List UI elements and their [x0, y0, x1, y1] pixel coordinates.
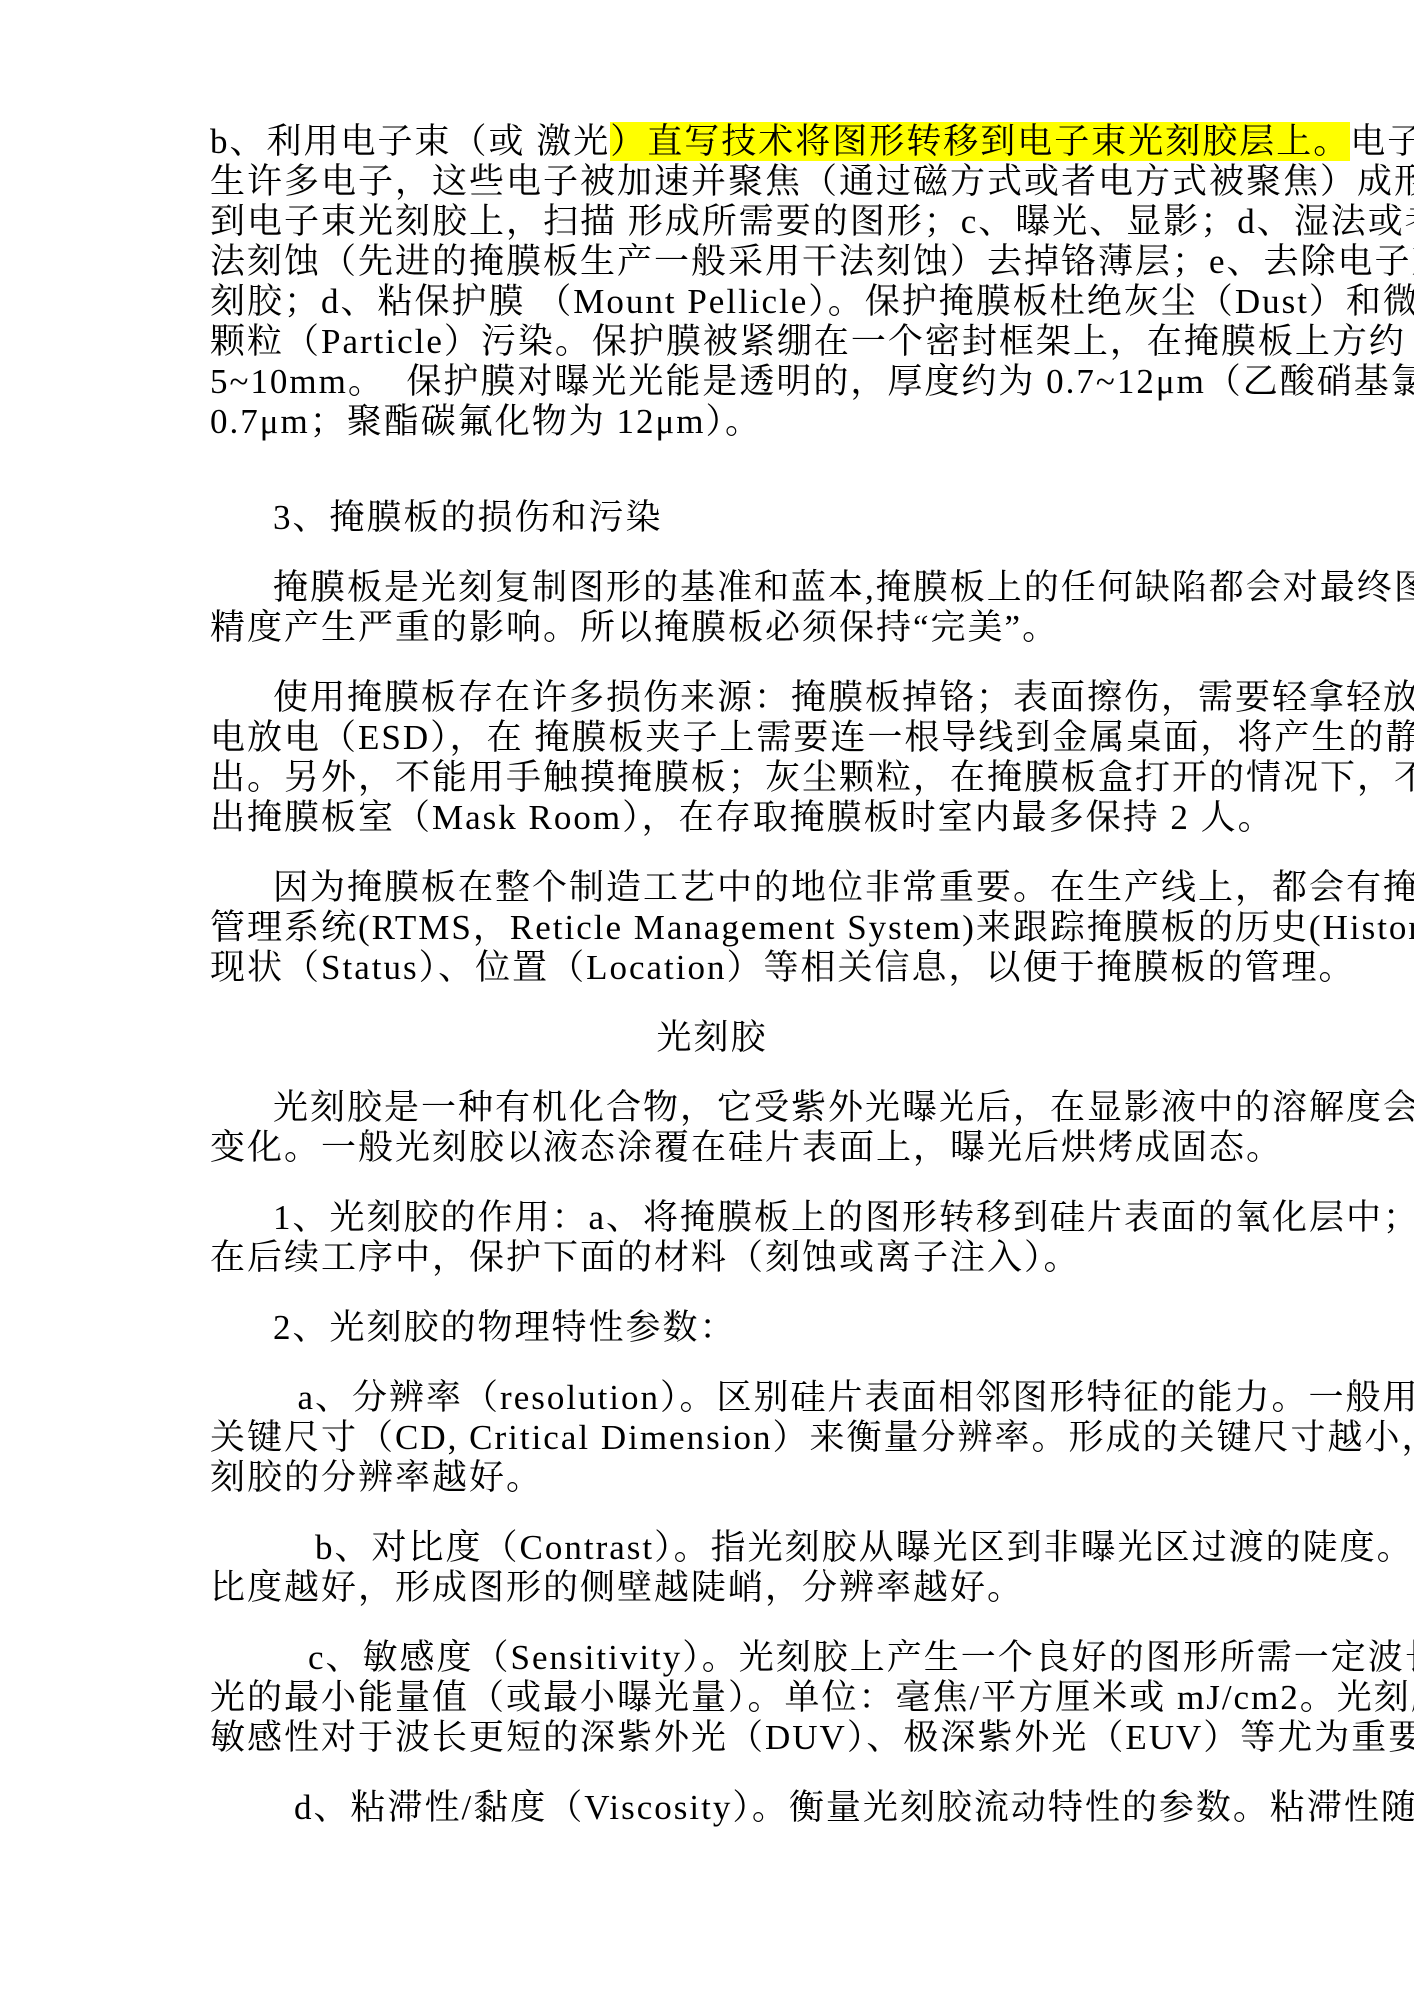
para-mask-is-blueprint: 掩膜板是光刻复制图形的基准和蓝本,掩膜板上的任何缺陷都会对最终图形精度产生严重的…: [210, 568, 1214, 648]
text-run: 2、光刻胶的物理特性参数：: [273, 1308, 737, 1347]
text-run: 关键尺寸（CD, Critical Dimension）来衡量分辨率。形成的关键…: [210, 1418, 1414, 1457]
text-run: 刻胶；d、粘保护膜 （Mount Pellicle）。保护掩膜板杜绝灰尘（Dus…: [210, 282, 1414, 321]
text-line: 到电子束光刻胶上，扫描 形成所需要的图形；c、曝光、显影；d、湿法或者干: [210, 202, 1214, 242]
para-electron-beam-direct-write: b、利用电子束（或 激光）直写技术将图形转移到电子束光刻胶层上。电子源产生许多电…: [210, 122, 1214, 442]
text-line: 刻胶；d、粘保护膜 （Mount Pellicle）。保护掩膜板杜绝灰尘（Dus…: [210, 282, 1214, 322]
text-line: 因为掩膜板在整个制造工艺中的地位非常重要。在生产线上，都会有掩膜板: [210, 868, 1214, 908]
text-line: b、利用电子束（或 激光）直写技术将图形转移到电子束光刻胶层上。电子源产: [210, 122, 1214, 162]
para-contrast: b、对比度（Contrast）。指光刻胶从曝光区到非曝光区过渡的陡度。对比度越好…: [210, 1528, 1214, 1608]
text-run: 在后续工序中，保护下面的材料（刻蚀或离子注入）。: [210, 1238, 1081, 1277]
heading-mask-damage-contamination: 3、掩膜板的损伤和污染: [210, 498, 1214, 538]
para-photoresist-intro: 光刻胶是一种有机化合物，它受紫外光曝光后，在显影液中的溶解度会发生变化。一般光刻…: [210, 1088, 1214, 1168]
text-line: c、敏感度（Sensitivity）。光刻胶上产生一个良好的图形所需一定波长: [210, 1638, 1214, 1678]
text-line: 光的最小能量值（或最小曝光量）。单位：毫焦/平方厘米或 mJ/cm2。光刻胶的: [210, 1678, 1214, 1718]
text-line: 精度产生严重的影响。所以掩膜板必须保持“完美”。: [210, 608, 1214, 648]
text-line: 变化。一般光刻胶以液态涂覆在硅片表面上，曝光后烘烤成固态。: [210, 1128, 1214, 1168]
text-run: 电放电（ESD），在 掩膜板夹子上需要连一根导线到金属桌面，将产生的静电导: [210, 718, 1414, 757]
para-resolution: a、分辨率（resolution）。区别硅片表面相邻图形特征的能力。一般用关键尺…: [210, 1378, 1214, 1498]
text-run: d、粘滞性/黏度（Viscosity）。衡量光刻胶流动特性的参数。粘滞性随着: [294, 1788, 1414, 1827]
text-run: 到电子束光刻胶上，扫描 形成所需要的图形；c、曝光、显影；d、湿法或者干: [210, 202, 1414, 241]
text-run: 因为掩膜板在整个制造工艺中的地位非常重要。在生产线上，都会有掩膜板: [273, 868, 1414, 907]
text-run: 精度产生严重的影响。所以掩膜板必须保持“完美”。: [210, 608, 1059, 647]
text-run: 比度越好，形成图形的侧壁越陡峭，分辨率越好。: [210, 1568, 1024, 1607]
text-line: 掩膜板是光刻复制图形的基准和蓝本,掩膜板上的任何缺陷都会对最终图形: [210, 568, 1214, 608]
heading-physical-parameters: 2、光刻胶的物理特性参数：: [210, 1308, 1214, 1348]
text-line: 光刻胶: [210, 1018, 1214, 1058]
text-line: 电放电（ESD），在 掩膜板夹子上需要连一根导线到金属桌面，将产生的静电导: [210, 718, 1214, 758]
highlighted-text: ）直写技术将图形转移到电子束光刻胶层上。: [610, 122, 1350, 161]
para-photoresist-function: 1、光刻胶的作用：a、将掩膜板上的图形转移到硅片表面的氧化层中；b、在后续工序中…: [210, 1198, 1214, 1278]
text-run: 变化。一般光刻胶以液态涂覆在硅片表面上，曝光后烘烤成固态。: [210, 1128, 1283, 1167]
text-line: 3、掩膜板的损伤和污染: [210, 498, 1214, 538]
text-run: a、分辨率（resolution）。区别硅片表面相邻图形特征的能力。一般用: [298, 1378, 1414, 1417]
text-run: 光刻胶是一种有机化合物，它受紫外光曝光后，在显影液中的溶解度会发生: [273, 1088, 1414, 1127]
text-run: 掩膜板是光刻复制图形的基准和蓝本,掩膜板上的任何缺陷都会对最终图形: [273, 568, 1414, 607]
text-line: 管理系统(RTMS，Reticle Management System)来跟踪掩…: [210, 908, 1214, 948]
text-line: 刻胶的分辨率越好。: [210, 1458, 1214, 1498]
text-run: 出掩膜板室（Mask Room），在存取掩膜板时室内最多保持 2 人。: [210, 798, 1275, 837]
para-viscosity: d、粘滞性/黏度（Viscosity）。衡量光刻胶流动特性的参数。粘滞性随着: [210, 1788, 1214, 1828]
heading-photoresist: 光刻胶: [210, 1018, 1214, 1058]
text-line: 5~10mm。 保护膜对曝光光能是透明的，厚度约为 0.7~12μm（乙酸硝基氯…: [210, 362, 1214, 402]
text-run: 刻胶的分辨率越好。: [210, 1458, 543, 1497]
text-line: b、对比度（Contrast）。指光刻胶从曝光区到非曝光区过渡的陡度。对: [210, 1528, 1214, 1568]
text-line: 使用掩膜板存在许多损伤来源：掩膜板掉铬；表面擦伤，需要轻拿轻放；静: [210, 678, 1214, 718]
text-run: 生许多电子，这些电子被加速并聚焦（通过磁方式或者电方式被聚焦）成形投影: [210, 162, 1414, 201]
para-mask-damage-sources: 使用掩膜板存在许多损伤来源：掩膜板掉铬；表面擦伤，需要轻拿轻放；静电放电（ESD…: [210, 678, 1214, 838]
text-line: 法刻蚀（先进的掩膜板生产一般采用干法刻蚀）去掉铬薄层；e、去除电子束光: [210, 242, 1214, 282]
text-line: 现状（Status）、位置（Location）等相关信息，以便于掩膜板的管理。: [210, 948, 1214, 988]
text-line: 生许多电子，这些电子被加速并聚焦（通过磁方式或者电方式被聚焦）成形投影: [210, 162, 1214, 202]
text-run: 5~10mm。 保护膜对曝光光能是透明的，厚度约为 0.7~12μm（乙酸硝基氯…: [210, 362, 1414, 401]
text-line: 比度越好，形成图形的侧壁越陡峭，分辨率越好。: [210, 1568, 1214, 1608]
text-line: 出。另外，不能用手触摸掩膜板；灰尘颗粒，在掩膜板盒打开的情况下，不准进: [210, 758, 1214, 798]
text-line: 0.7μm；聚酯碳氟化物为 12μm）。: [210, 402, 1214, 442]
text-run: 出。另外，不能用手触摸掩膜板；灰尘颗粒，在掩膜板盒打开的情况下，不准进: [210, 758, 1414, 797]
text-run: 电子源产: [1350, 122, 1414, 161]
text-run: 光刻胶: [656, 1018, 767, 1057]
text-line: 敏感性对于波长更短的深紫外光（DUV）、极深紫外光（EUV）等尤为重要。: [210, 1718, 1214, 1758]
text-run: 颗粒（Particle）污染。保护膜被紧绷在一个密封框架上，在掩膜板上方约: [210, 322, 1406, 361]
text-run: b、利用电子束（或 激光: [210, 122, 610, 161]
text-line: 颗粒（Particle）污染。保护膜被紧绷在一个密封框架上，在掩膜板上方约: [210, 322, 1214, 362]
text-line: 关键尺寸（CD, Critical Dimension）来衡量分辨率。形成的关键…: [210, 1418, 1214, 1458]
text-run: 3、掩膜板的损伤和污染: [273, 498, 663, 537]
text-run: 光的最小能量值（或最小曝光量）。单位：毫焦/平方厘米或 mJ/cm2。光刻胶的: [210, 1678, 1414, 1717]
text-line: 光刻胶是一种有机化合物，它受紫外光曝光后，在显影液中的溶解度会发生: [210, 1088, 1214, 1128]
text-run: 现状（Status）、位置（Location）等相关信息，以便于掩膜板的管理。: [210, 948, 1355, 987]
text-line: 在后续工序中，保护下面的材料（刻蚀或离子注入）。: [210, 1238, 1214, 1278]
text-run: 法刻蚀（先进的掩膜板生产一般采用干法刻蚀）去掉铬薄层；e、去除电子束光: [210, 242, 1414, 281]
text-line: d、粘滞性/黏度（Viscosity）。衡量光刻胶流动特性的参数。粘滞性随着: [210, 1788, 1214, 1828]
text-line: 2、光刻胶的物理特性参数：: [210, 1308, 1214, 1348]
text-run: c、敏感度（Sensitivity）。光刻胶上产生一个良好的图形所需一定波长: [308, 1638, 1414, 1677]
para-reticle-management-system: 因为掩膜板在整个制造工艺中的地位非常重要。在生产线上，都会有掩膜板管理系统(RT…: [210, 868, 1214, 988]
text-run: 1、光刻胶的作用：a、将掩膜板上的图形转移到硅片表面的氧化层中；b、: [273, 1198, 1414, 1237]
para-sensitivity: c、敏感度（Sensitivity）。光刻胶上产生一个良好的图形所需一定波长光的…: [210, 1638, 1214, 1758]
text-run: 使用掩膜板存在许多损伤来源：掩膜板掉铬；表面擦伤，需要轻拿轻放；静: [273, 678, 1414, 717]
text-run: 敏感性对于波长更短的深紫外光（DUV）、极深紫外光（EUV）等尤为重要。: [210, 1718, 1414, 1757]
text-run: 0.7μm；聚酯碳氟化物为 12μm）。: [210, 402, 762, 441]
text-run: 管理系统(RTMS，Reticle Management System)来跟踪掩…: [210, 908, 1414, 947]
text-line: a、分辨率（resolution）。区别硅片表面相邻图形特征的能力。一般用: [210, 1378, 1214, 1418]
text-line: 1、光刻胶的作用：a、将掩膜板上的图形转移到硅片表面的氧化层中；b、: [210, 1198, 1214, 1238]
text-line: 出掩膜板室（Mask Room），在存取掩膜板时室内最多保持 2 人。: [210, 798, 1214, 838]
text-run: b、对比度（Contrast）。指光刻胶从曝光区到非曝光区过渡的陡度。对: [315, 1528, 1414, 1567]
document-page: b、利用电子束（或 激光）直写技术将图形转移到电子束光刻胶层上。电子源产生许多电…: [0, 0, 1414, 2000]
